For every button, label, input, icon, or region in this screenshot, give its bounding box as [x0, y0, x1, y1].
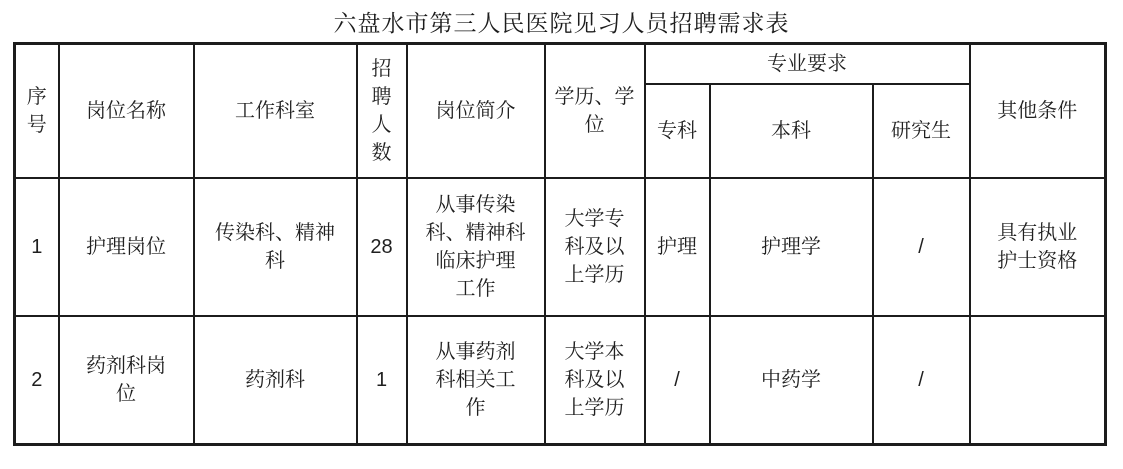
- cell-junior-college: 护理: [645, 178, 710, 316]
- cell-other-conditions: [970, 316, 1106, 445]
- col-header-major-requirements: 专业要求: [645, 44, 970, 84]
- col-header-education: 学历、学 位: [545, 44, 645, 178]
- page-title: 六盘水市第三人民医院见习人员招聘需求表: [0, 0, 1123, 41]
- cell-recruit-count: 28: [357, 178, 407, 316]
- cell-serial: 2: [15, 316, 59, 445]
- col-header-job-intro: 岗位简介: [407, 44, 545, 178]
- cell-bachelor: 护理学: [710, 178, 873, 316]
- cell-junior-college: /: [645, 316, 710, 445]
- col-header-position-name: 岗位名称: [59, 44, 194, 178]
- cell-education: 大学专 科及以 上学历: [545, 178, 645, 316]
- table-row-pharmacy: 2 药剂科岗 位 药剂科 1 从事药剂 科相关工 作 大学本 科及以 上学历 /…: [15, 316, 1106, 445]
- cell-postgraduate: /: [873, 178, 970, 316]
- cell-bachelor: 中药学: [710, 316, 873, 445]
- cell-department: 药剂科: [194, 316, 357, 445]
- col-header-bachelor: 本科: [710, 84, 873, 178]
- recruitment-table: 序 号 岗位名称 工作科室 招 聘 人 数 岗位简介 学历、学 位 专业要求 其…: [13, 42, 1107, 446]
- cell-position-name: 药剂科岗 位: [59, 316, 194, 445]
- col-header-department: 工作科室: [194, 44, 357, 178]
- cell-education: 大学本 科及以 上学历: [545, 316, 645, 445]
- cell-recruit-count: 1: [357, 316, 407, 445]
- cell-serial: 1: [15, 178, 59, 316]
- table-row-nursing: 1 护理岗位 传染科、精神 科 28 从事传染 科、精神科 临床护理 工作 大学…: [15, 178, 1106, 316]
- cell-other-conditions: 具有执业 护士资格: [970, 178, 1106, 316]
- col-header-other-conditions: 其他条件: [970, 44, 1106, 178]
- document-page: 六盘水市第三人民医院见习人员招聘需求表 序 号 岗位名称 工作科室 招 聘 人 …: [0, 0, 1123, 469]
- header-row-top: 序 号 岗位名称 工作科室 招 聘 人 数 岗位简介 学历、学 位 专业要求 其…: [15, 44, 1106, 84]
- cell-position-name: 护理岗位: [59, 178, 194, 316]
- cell-department: 传染科、精神 科: [194, 178, 357, 316]
- col-header-recruit-count: 招 聘 人 数: [357, 44, 407, 178]
- col-header-junior-college: 专科: [645, 84, 710, 178]
- col-header-postgraduate: 研究生: [873, 84, 970, 178]
- cell-postgraduate: /: [873, 316, 970, 445]
- cell-job-intro: 从事传染 科、精神科 临床护理 工作: [407, 178, 545, 316]
- col-header-serial: 序 号: [15, 44, 59, 178]
- cell-job-intro: 从事药剂 科相关工 作: [407, 316, 545, 445]
